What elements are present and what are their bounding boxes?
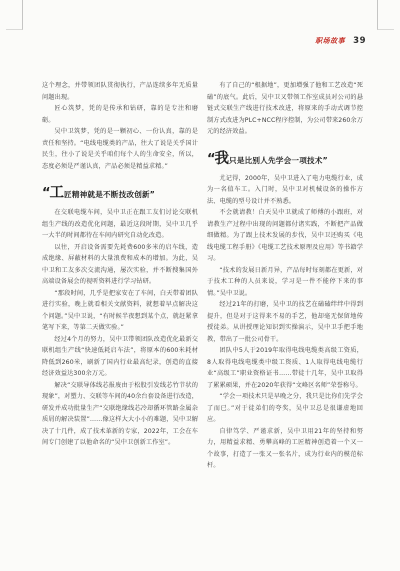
paragraph: 以往，开启设备需要先耗费600多米的启车线，造成绝缘、屏蔽材料的大量浪费和成本的… <box>42 242 198 288</box>
paragraph: “那段时间，几乎是把家安在了车间，白天带着团队进行实验，晚上就看相关文献资料，就… <box>42 288 198 334</box>
heading-lead-char: 我 <box>215 147 230 168</box>
paragraph: 吴中卫筑梦，凭的是一颗初心、一份认真，靠的是责任和坚持。“电线电缆类的产品，往大… <box>42 126 198 172</box>
paragraph: 经过4个月的努力，吴中卫带领团队改造优化最新交联机组生产线“快速低耗启车法”，将… <box>42 334 198 380</box>
pull-quote-heading-left: “ 工 匠精神就是不断技改创新” <box>42 181 198 202</box>
paragraph: 在交联电缆车间，吴中卫正在跟工友们讨论交联机组生产线的改造优化问题，最近这段时期… <box>42 207 198 242</box>
heading-text: 匠精神就是不断技改创新” <box>64 189 155 200</box>
page-header: 职场故事 39 <box>315 36 366 46</box>
quote-mark: “ <box>42 186 50 201</box>
heading-lead-char: 工 <box>50 181 65 202</box>
paragraph: 解决“交联导体线芯报废由于松股引发线芯竹节状的现象”，对塑力、交联等车间的40余… <box>42 380 198 449</box>
paragraph: 这个理念，并带领团队贯彻执行，产品连续多年无质量问题出现。 <box>42 80 198 103</box>
right-column: 有了自己的“根据地”，更加增强了他和工艺改造“死磕”的底气。此后，吴中卫又带领工… <box>207 80 363 472</box>
article-body: 这个理念，并带领团队贯彻执行，产品连续多年无质量问题出现。 匠心筑梦，凭的是传承… <box>42 80 363 472</box>
paragraph: “技术的发展日新月异，产品每时每刻都在更新，对于技术工种的人员来说，学习是一件不… <box>207 265 363 300</box>
heading-text: 只是比别人先学会一项技术” <box>229 155 328 166</box>
page-number: 39 <box>353 36 366 46</box>
paragraph: 自律笃学、严谨求新，吴中卫用21年的坚持和努力，用精益求精、勇攀高峰的工匠精神创… <box>207 426 363 472</box>
paragraph: 经过21年的打磨，吴中卫的技艺在磕磕绊绊中得到提升，但是对于这得来不易的手艺，他… <box>207 299 363 345</box>
paragraph: 尤记得，2000年，吴中卫进入了电力电缆行业，成为一名值车工。入门时，吴中卫对机… <box>207 173 363 208</box>
paragraph: 有了自己的“根据地”，更加增强了他和工艺改造“死磕”的底气。此后，吴中卫又带领工… <box>207 80 363 138</box>
magazine-page: 职场故事 39 这个理念，并带领团队贯彻执行，产品连续多年无质量问题出现。 匠心… <box>0 0 400 571</box>
section-label: 职场故事 <box>315 36 345 46</box>
paragraph: “学会一项技术只是早晚之分，我只是比你们先学会了而已。”对于徒弟们的夸奖，吴中卫… <box>207 391 363 426</box>
paragraph: 匠心筑梦，凭的是传承和钻研，靠的是专注和磨砺。 <box>42 103 198 126</box>
left-column: 这个理念，并带领团队贯彻执行，产品连续多年无质量问题出现。 匠心筑梦，凭的是传承… <box>42 80 198 472</box>
crop-mark-top-right <box>377 0 394 30</box>
pull-quote-heading-right: “ 我 只是比别人先学会一项技术” <box>207 147 363 168</box>
quote-mark: “ <box>207 152 215 167</box>
paragraph: 不会就请教！白天吴中卫就成了师傅的小跟班，对请教生产过程中出现的问题都付诸实践，… <box>207 207 363 265</box>
paragraph: 团队中5人于2019年取得电线电缆类高级工资质，8人取得电线电缆类中级工资质、1… <box>207 345 363 391</box>
crop-mark-top-left <box>6 0 23 30</box>
